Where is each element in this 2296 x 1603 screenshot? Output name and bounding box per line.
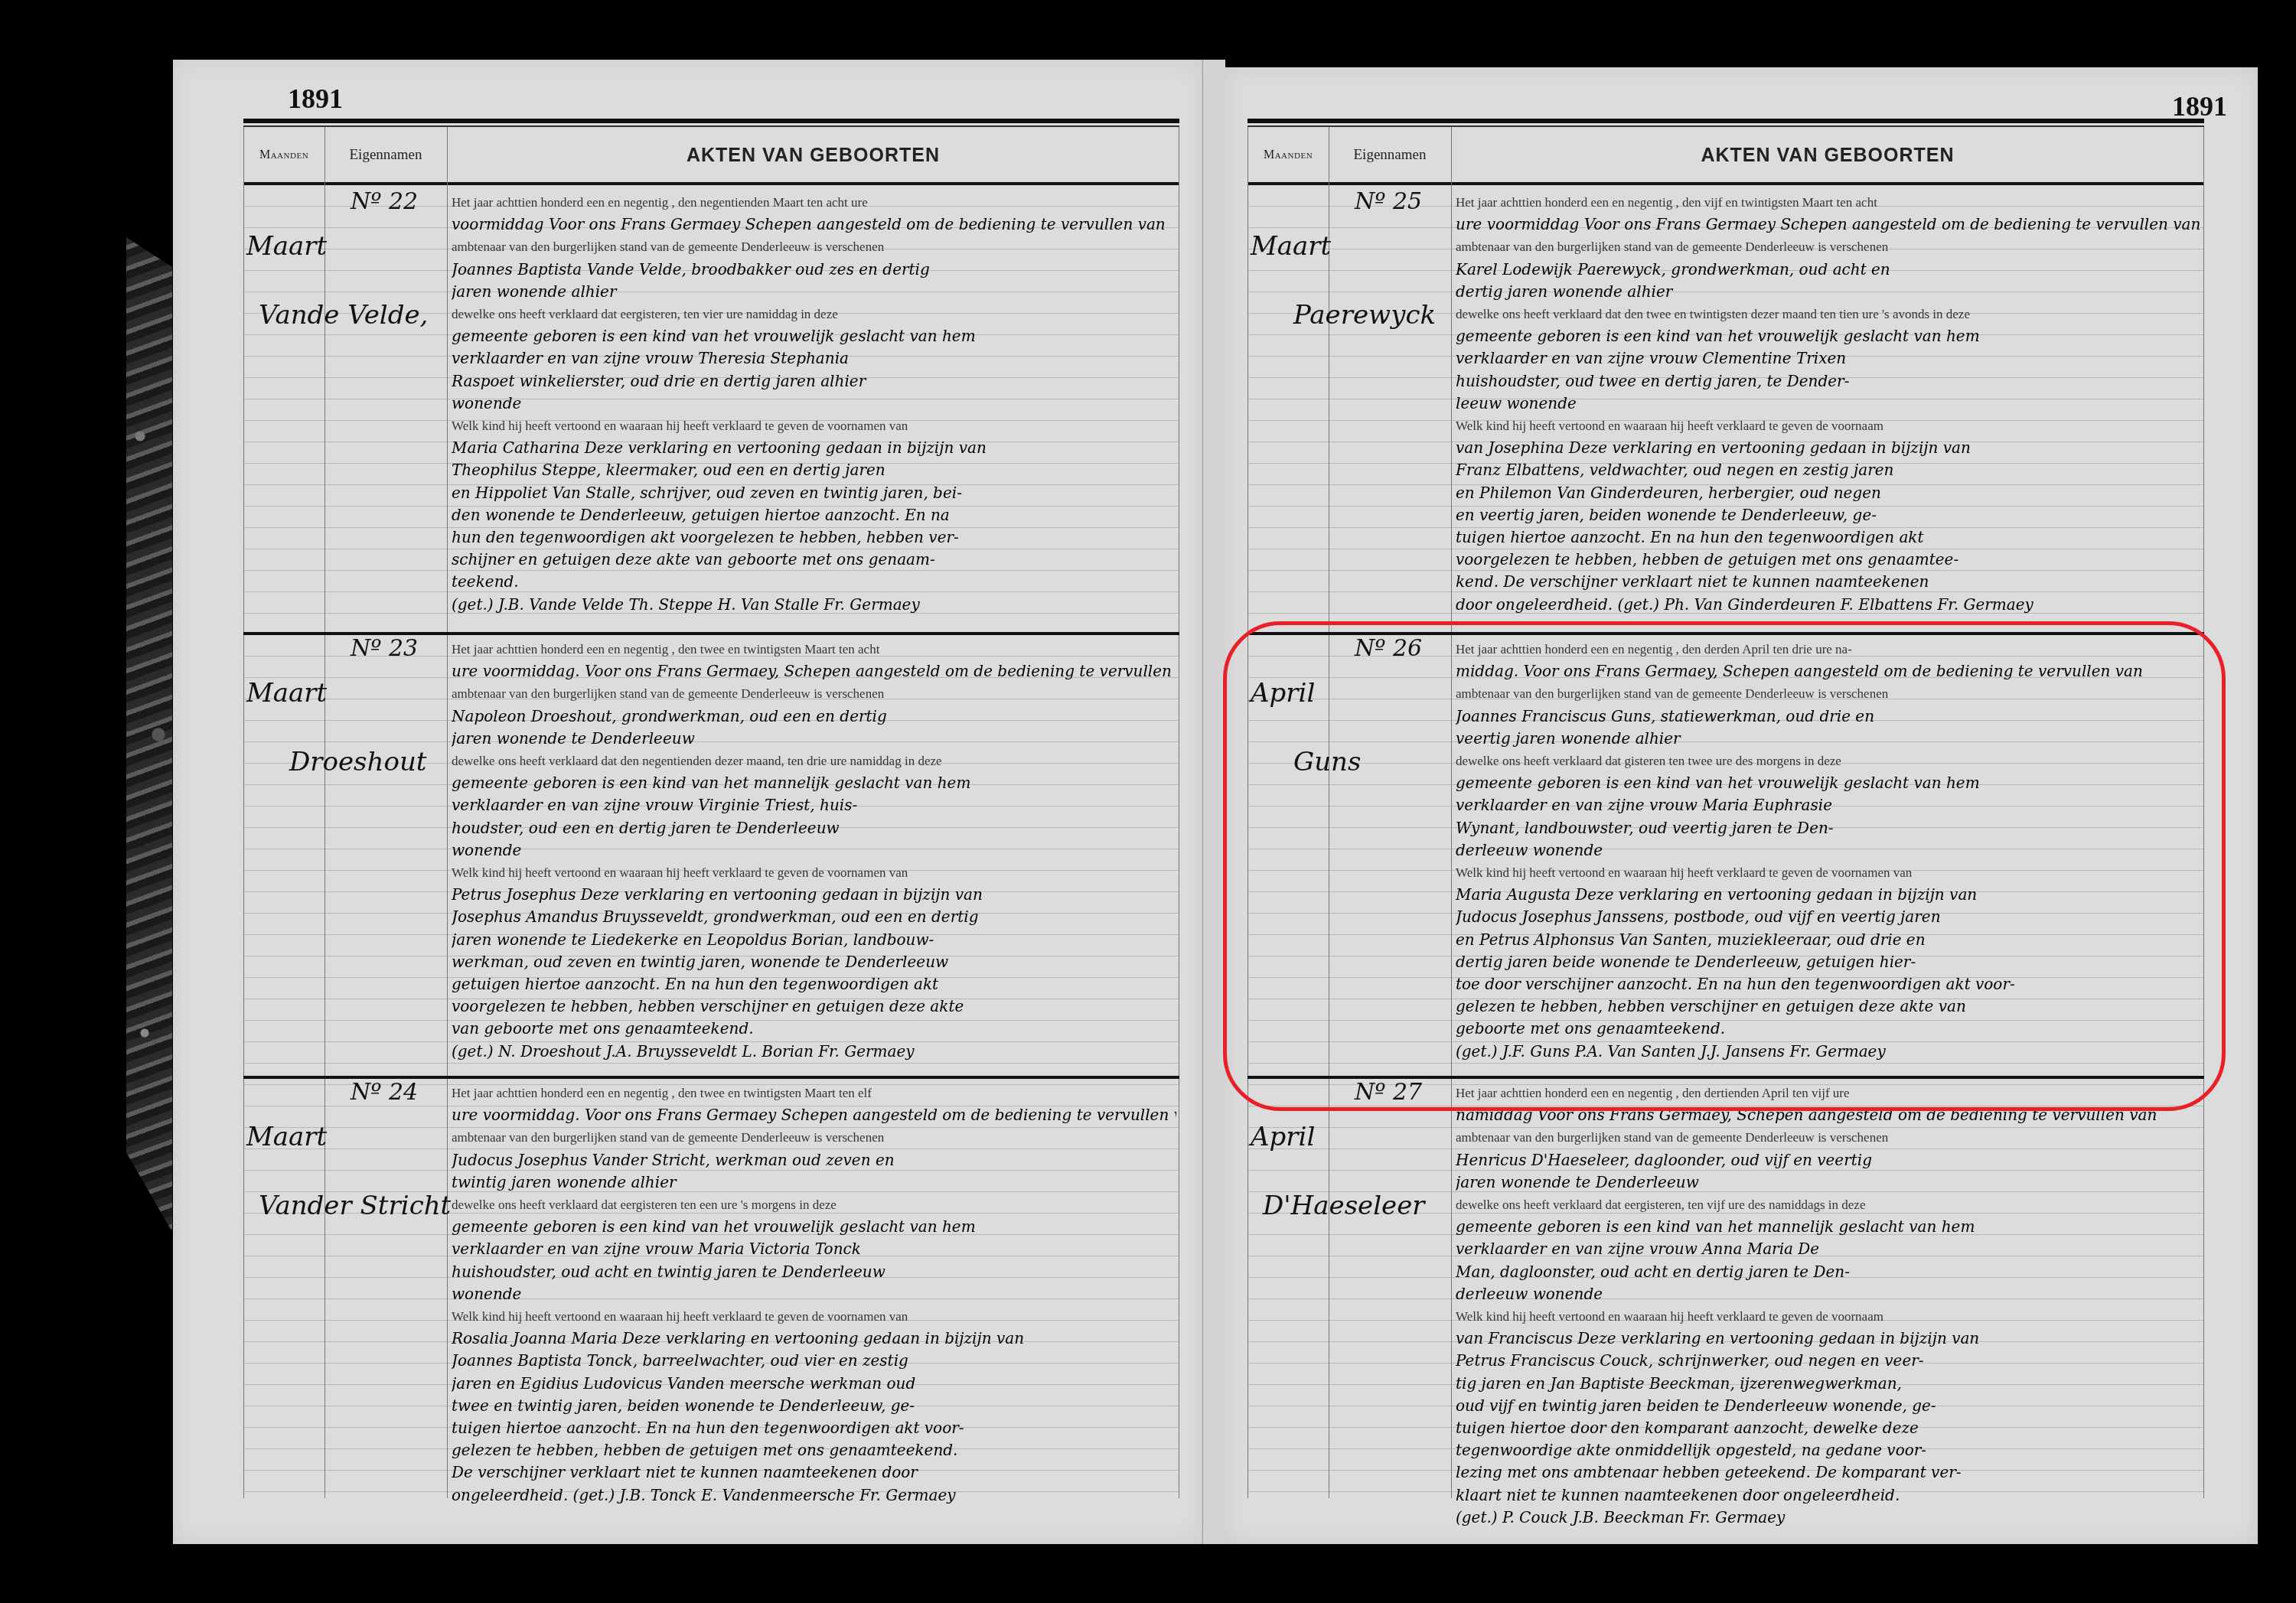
entry-line: Rosalia Joanna Maria Deze verklaring en … bbox=[452, 1328, 1176, 1350]
entry-line: verklaarder en van zijne vrouw Maria Eup… bbox=[1456, 794, 2201, 816]
entry-month: Maart bbox=[246, 678, 327, 709]
entry-line: gemeente geboren is een kind van het vro… bbox=[1456, 772, 2201, 794]
entry-line: De verschijner verklaart niet te kunnen … bbox=[452, 1461, 1176, 1484]
entry-line: gemeente geboren is een kind van het vro… bbox=[1456, 325, 2201, 347]
entry-line: van Josephina Deze verklaring en vertoon… bbox=[1456, 437, 2201, 459]
entry-line: gemeente geboren is een kind van het vro… bbox=[452, 325, 1176, 347]
entry-line: Wynant, landbouwster, oud veertig jaren … bbox=[1456, 817, 2201, 839]
entry-line: door ongeleerdheid. (get.) Ph. Van Ginde… bbox=[1456, 594, 2201, 616]
entry-line: jaren en Egidius Ludovicus Vanden meersc… bbox=[452, 1373, 1176, 1395]
entry-line: van geboorte met ons genaamteekend. bbox=[452, 1018, 1176, 1040]
entry-line: van Franciscus Deze verklaring en vertoo… bbox=[1456, 1328, 2201, 1350]
entry-line: ambtenaar van den burgerlijken stand van… bbox=[1456, 683, 2201, 705]
entry-line: wonende bbox=[452, 839, 1176, 862]
entry-line: dertig jaren wonende alhier bbox=[1456, 281, 2201, 303]
entry-line: werkman, oud zeven en twintig jaren, won… bbox=[452, 951, 1176, 973]
entry-line: Napoleon Droeshout, grondwerkman, oud ee… bbox=[452, 705, 1176, 728]
entry-line: namiddag Voor ons Frans Germaey, Schepen… bbox=[1456, 1104, 2201, 1126]
page-year: 1891 bbox=[288, 83, 343, 115]
entry-line: middag. Voor ons Frans Germaey, Schepen … bbox=[1456, 660, 2201, 683]
entry-line: derleeuw wonende bbox=[1456, 1283, 2201, 1305]
entry-line: Maria Catharina Deze verklaring en verto… bbox=[452, 437, 1176, 459]
entry-surname: Guns bbox=[1293, 747, 1361, 777]
entry-line: houdster, oud een en dertig jaren te Den… bbox=[452, 817, 1176, 839]
entry-line: ambtenaar van den burgerlijken stand van… bbox=[452, 683, 1176, 705]
entry-line: Welk kind hij heeft vertoond en waaraan … bbox=[452, 862, 1176, 884]
entry-number: Nº 22 bbox=[351, 188, 418, 215]
entry-line: lezing met ons ambtenaar hebben geteeken… bbox=[1456, 1461, 2201, 1484]
register-entry: Nº 23MaartDroeshoutHet jaar achttien hon… bbox=[243, 632, 1179, 1076]
col-header-months: Maanden bbox=[243, 127, 325, 184]
entry-line: verklaarder en van zijne vrouw Virginie … bbox=[452, 794, 1176, 816]
entry-line: ure voormiddag Voor ons Frans Germaey Sc… bbox=[1456, 213, 2201, 236]
entry-line: ure voormiddag. Voor ons Frans Germaey, … bbox=[452, 660, 1176, 683]
entry-line: verklaarder en van zijne vrouw Theresia … bbox=[452, 347, 1176, 370]
entry-line: oud vijf en twintig jaren beiden te Dend… bbox=[1456, 1395, 2201, 1417]
entry-line: tig jaren en Jan Baptiste Beeckman, ijze… bbox=[1456, 1373, 2201, 1395]
entry-text: Het jaar achttien honderd een en negenti… bbox=[1456, 1082, 2201, 1529]
entry-line: dertig jaren beide wonende te Denderleeu… bbox=[1456, 951, 2201, 973]
entry-number: Nº 25 bbox=[1355, 188, 1422, 215]
entry-number: Nº 27 bbox=[1355, 1079, 1422, 1106]
entry-line: Welk kind hij heeft vertoond en waaraan … bbox=[452, 415, 1176, 437]
entry-line: Judocus Josephus Vander Stricht, werkman… bbox=[452, 1149, 1176, 1171]
entry-line: Welk kind hij heeft vertoond en waaraan … bbox=[1456, 862, 2201, 884]
entry-surname: D'Haeseleer bbox=[1263, 1191, 1425, 1221]
entry-line: verklaarder en van zijne vrouw Clementin… bbox=[1456, 347, 2201, 370]
entry-number: Nº 26 bbox=[1355, 635, 1422, 662]
entry-surname: Droeshout bbox=[289, 747, 426, 777]
entry-surname: Vande Velde, bbox=[259, 300, 428, 331]
entry-line: jaren wonende alhier bbox=[452, 281, 1176, 303]
entry-line: Raspoet winkelierster, oud drie en derti… bbox=[452, 370, 1176, 393]
column-header: Maanden Eigennamen AKTEN VAN GEBOORTEN bbox=[1247, 127, 2204, 184]
entry-line: hun den tegenwoordigen akt voorgelezen t… bbox=[452, 526, 1176, 549]
entry-line: dewelke ons heeft verklaard dat gisteren… bbox=[1456, 750, 2201, 772]
entry-line: schijner en getuigen deze akte van geboo… bbox=[452, 549, 1176, 571]
entry-month: April bbox=[1251, 1122, 1315, 1152]
book-cover-marbled-edge bbox=[126, 237, 172, 1232]
entry-text: Het jaar achttien honderd een en negenti… bbox=[452, 191, 1176, 616]
page-year: 1891 bbox=[2172, 90, 2227, 122]
entry-line: verklaarder en van zijne vrouw Maria Vic… bbox=[452, 1238, 1176, 1260]
entry-line: gemeente geboren is een kind van het vro… bbox=[452, 1216, 1176, 1238]
entry-line: twee en twintig jaren, beiden wonende te… bbox=[452, 1395, 1176, 1417]
entry-line: Het jaar achttien honderd een en negenti… bbox=[452, 191, 1176, 213]
left-page: 1891 Maanden Eigennamen AKTEN VAN GEBOOR… bbox=[173, 60, 1202, 1544]
entry-line: voormiddag Voor ons Frans Germaey Schepe… bbox=[452, 213, 1176, 236]
entry-text: Het jaar achttien honderd een en negenti… bbox=[452, 638, 1176, 1063]
entry-line: dewelke ons heeft verklaard dat eergiste… bbox=[452, 303, 1176, 325]
entry-line: derleeuw wonende bbox=[1456, 839, 2201, 862]
entry-line: ambtenaar van den burgerlijken stand van… bbox=[452, 1126, 1176, 1148]
entry-line: ambtenaar van den burgerlijken stand van… bbox=[452, 236, 1176, 258]
entry-line: voorgelezen te hebben, hebben verschijne… bbox=[452, 995, 1176, 1018]
header-top-rule bbox=[1247, 119, 2204, 123]
entry-line: twintig jaren wonende alhier bbox=[452, 1171, 1176, 1194]
entry-line: jaren wonende te Denderleeuw bbox=[1456, 1171, 2201, 1194]
col-header-names: Eigennamen bbox=[1329, 127, 1451, 184]
entry-line: Karel Lodewijk Paerewyck, grondwerkman, … bbox=[1456, 259, 2201, 281]
entry-month: Maart bbox=[246, 1122, 327, 1152]
entry-line: huishoudster, oud acht en twintig jaren … bbox=[452, 1261, 1176, 1283]
entry-line: jaren wonende te Liedekerke en Leopoldus… bbox=[452, 929, 1176, 951]
entry-line: Het jaar achttien honderd een en negenti… bbox=[452, 638, 1176, 660]
right-page: 1891 Maanden Eigennamen AKTEN VAN GEBOOR… bbox=[1225, 67, 2258, 1544]
entry-line: gemeente geboren is een kind van het man… bbox=[452, 772, 1176, 794]
entry-line: Judocus Josephus Janssens, postbode, oud… bbox=[1456, 906, 2201, 928]
entry-line: leeuw wonende bbox=[1456, 393, 2201, 415]
col-header-names: Eigennamen bbox=[325, 127, 447, 184]
entry-line: Welk kind hij heeft vertoond en waaraan … bbox=[1456, 1305, 2201, 1328]
entry-line: dewelke ons heeft verklaard dat eergiste… bbox=[452, 1194, 1176, 1216]
column-header: Maanden Eigennamen AKTEN VAN GEBOORTEN bbox=[243, 127, 1179, 184]
entry-line: geboorte met ons genaamteekend. bbox=[1456, 1018, 2201, 1040]
entry-line: en Philemon Van Ginderdeuren, herbergier… bbox=[1456, 482, 2201, 504]
entry-line: tuigen hiertoe aanzocht. En na hun den t… bbox=[452, 1417, 1176, 1439]
entry-line: dewelke ons heeft verklaard dat eergiste… bbox=[1456, 1194, 2201, 1216]
entry-line: (get.) J.B. Vande Velde Th. Steppe H. Va… bbox=[452, 594, 1176, 616]
entry-line: getuigen hiertoe aanzocht. En na hun den… bbox=[452, 973, 1176, 995]
entry-line: Petrus Josephus Deze verklaring en verto… bbox=[452, 884, 1176, 906]
entry-line: Man, dagloonster, oud acht en dertig jar… bbox=[1456, 1261, 2201, 1283]
header-top-rule bbox=[243, 119, 1179, 123]
entry-line: wonende bbox=[452, 1283, 1176, 1305]
entry-line: dewelke ons heeft verklaard dat den twee… bbox=[1456, 303, 2201, 325]
entry-line: en veertig jaren, beiden wonende te Dend… bbox=[1456, 504, 2201, 526]
entry-number: Nº 24 bbox=[351, 1079, 418, 1106]
col-header-months: Maanden bbox=[1247, 127, 1329, 184]
entry-line: wonende bbox=[452, 393, 1176, 415]
entry-line: dewelke ons heeft verklaard dat den nege… bbox=[452, 750, 1176, 772]
entry-line: klaart niet te kunnen naamteekenen door … bbox=[1456, 1484, 2201, 1507]
entry-line: Joannes Franciscus Guns, statiewerkman, … bbox=[1456, 705, 2201, 728]
entry-month: April bbox=[1251, 678, 1315, 709]
entry-line: Maria Augusta Deze verklaring en vertoon… bbox=[1456, 884, 2201, 906]
entry-surname: Paerewyck bbox=[1293, 300, 1436, 331]
entry-line: (get.) J.F. Guns P.A. Van Santen J.J. Ja… bbox=[1456, 1041, 2201, 1063]
entry-number: Nº 23 bbox=[351, 635, 418, 662]
entry-line: Het jaar achttien honderd een en negenti… bbox=[1456, 191, 2201, 213]
entry-line: toe door verschijner aanzocht. En na hun… bbox=[1456, 973, 2201, 995]
entry-surname: Vander Stricht bbox=[259, 1191, 451, 1221]
entry-line: tegenwoordige akte onmiddellijk opgestel… bbox=[1456, 1439, 2201, 1461]
entry-line: Theophilus Steppe, kleermaker, oud een e… bbox=[452, 459, 1176, 481]
entry-line: Welk kind hij heeft vertoond en waaraan … bbox=[452, 1305, 1176, 1328]
entry-line: Franz Elbattens, veldwachter, oud negen … bbox=[1456, 459, 2201, 481]
entry-line: jaren wonende te Denderleeuw bbox=[452, 728, 1176, 750]
entry-line: gemeente geboren is een kind van het man… bbox=[1456, 1216, 2201, 1238]
entry-line: voorgelezen te hebben, hebben de getuige… bbox=[1456, 549, 2201, 571]
entry-line: Petrus Franciscus Couck, schrijnwerker, … bbox=[1456, 1350, 2201, 1372]
book-gutter bbox=[1202, 60, 1225, 1544]
entry-line: (get.) P. Couck J.B. Beeckman Fr. Germae… bbox=[1456, 1507, 2201, 1529]
entry-text: Het jaar achttien honderd een en negenti… bbox=[1456, 638, 2201, 1063]
col-header-title: AKTEN VAN GEBOORTEN bbox=[1451, 127, 2204, 184]
entry-line: Joannes Baptista Tonck, barreelwachter, … bbox=[452, 1350, 1176, 1372]
entry-line: verklaarder en van zijne vrouw Anna Mari… bbox=[1456, 1238, 2201, 1260]
entry-line: kend. De verschijner verklaart niet te k… bbox=[1456, 571, 2201, 593]
entry-line: ure voormiddag. Voor ons Frans Germaey S… bbox=[452, 1104, 1176, 1126]
entry-text: Het jaar achttien honderd een en negenti… bbox=[1456, 191, 2201, 616]
entry-line: tuigen hiertoe door den komparant aanzoc… bbox=[1456, 1417, 2201, 1439]
entry-month: Maart bbox=[1251, 231, 1331, 262]
entry-line: gelezen te hebben, hebben de getuigen me… bbox=[452, 1439, 1176, 1461]
entry-line: Het jaar achttien honderd een en negenti… bbox=[1456, 1082, 2201, 1104]
entry-line: Josephus Amandus Bruysseveldt, grondwerk… bbox=[452, 906, 1176, 928]
entry-text: Het jaar achttien honderd een en negenti… bbox=[452, 1082, 1176, 1507]
entry-line: den wonende te Denderleeuw, getuigen hie… bbox=[452, 504, 1176, 526]
register-entry: Nº 26AprilGunsHet jaar achttien honderd … bbox=[1247, 632, 2204, 1076]
entry-line: Het jaar achttien honderd een en negenti… bbox=[452, 1082, 1176, 1104]
entry-line: Het jaar achttien honderd een en negenti… bbox=[1456, 638, 2201, 660]
entry-line: gelezen te hebben, hebben verschijner en… bbox=[1456, 995, 2201, 1018]
entry-line: (get.) N. Droeshout J.A. Bruysseveldt L.… bbox=[452, 1041, 1176, 1063]
register-entry: Nº 22MaartVande Velde,Het jaar achttien … bbox=[243, 185, 1179, 632]
entry-line: ongeleerdheid. (get.) J.B. Tonck E. Vand… bbox=[452, 1484, 1176, 1507]
entry-line: tuigen hiertoe aanzocht. En na hun den t… bbox=[1456, 526, 2201, 549]
entry-line: en Hippoliet Van Stalle, schrijver, oud … bbox=[452, 482, 1176, 504]
entry-line: Joannes Baptista Vande Velde, broodbakke… bbox=[452, 259, 1176, 281]
entry-line: ambtenaar van den burgerlijken stand van… bbox=[1456, 1126, 2201, 1148]
entry-line: Welk kind hij heeft vertoond en waaraan … bbox=[1456, 415, 2201, 437]
entry-line: Henricus D'Haeseleer, dagloonder, oud vi… bbox=[1456, 1149, 2201, 1171]
entry-line: ambtenaar van den burgerlijken stand van… bbox=[1456, 236, 2201, 258]
entry-line: teekend. bbox=[452, 571, 1176, 593]
col-header-title: AKTEN VAN GEBOORTEN bbox=[447, 127, 1179, 184]
register-entry: Nº 27AprilD'HaeseleerHet jaar achttien h… bbox=[1247, 1076, 2204, 1504]
register-entry: Nº 24MaartVander StrichtHet jaar achttie… bbox=[243, 1076, 1179, 1504]
register-entry: Nº 25MaartPaerewyckHet jaar achttien hon… bbox=[1247, 185, 2204, 632]
entry-line: en Petrus Alphonsus Van Santen, muziekle… bbox=[1456, 929, 2201, 951]
entry-month: Maart bbox=[246, 231, 327, 262]
entry-line: veertig jaren wonende alhier bbox=[1456, 728, 2201, 750]
entry-line: huishoudster, oud twee en dertig jaren, … bbox=[1456, 370, 2201, 393]
